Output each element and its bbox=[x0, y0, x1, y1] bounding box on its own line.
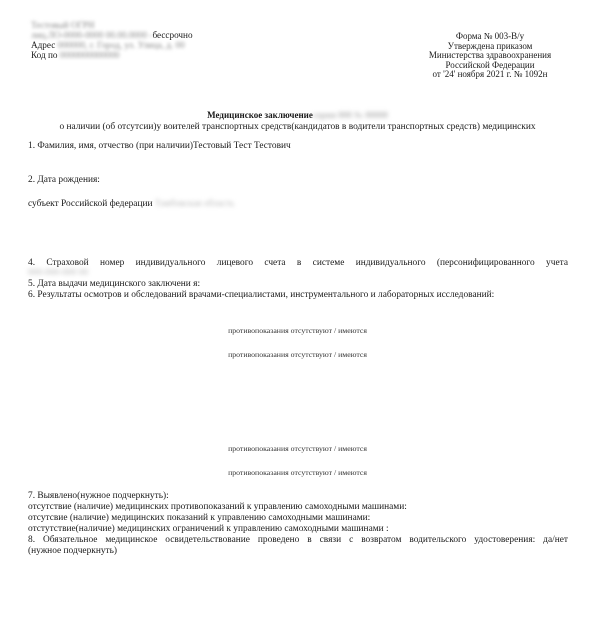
license-term: бессрочно bbox=[152, 30, 192, 40]
document-subtitle: о наличии (об отсутсии)у воителей трансп… bbox=[0, 122, 595, 133]
document-title: Медицинское заключениесерия 000 № 00000 bbox=[0, 110, 595, 121]
section7-line: отсутствие (наличие) медицинских противо… bbox=[28, 502, 407, 513]
item-exam-results: 6. Результаты осмотров и обследований вр… bbox=[28, 290, 494, 301]
address-label: Адрес bbox=[31, 40, 55, 50]
contraindication-row: противопоказания отсутствуют / имеются bbox=[0, 467, 595, 478]
item-issue-date: 5. Дата выдачи медицинского заключени я: bbox=[28, 279, 200, 290]
section7-heading: 7. Выявлено(нужное подчеркнуть): bbox=[28, 491, 169, 502]
org-name-redacted: Тестовый ОГРН bbox=[31, 20, 95, 30]
contraindication-row: противопоказания отсутствуют / имеются bbox=[0, 443, 595, 454]
code-label: Код по bbox=[31, 50, 57, 60]
order-date: от '24' ноября 2021 г. № 1092н bbox=[410, 70, 570, 80]
address-redacted: 000000, г. Город, ул. Улица, д. 00 bbox=[58, 40, 185, 50]
item-subject: субъект Российской федерации Тамбовская … bbox=[28, 199, 234, 210]
contraindication-row: противопоказания отсутствуют / имеются bbox=[0, 349, 595, 360]
organization-block: Тестовый ОГРН лиц.ЛО-0000-0000 00.00.000… bbox=[31, 20, 193, 60]
code-redacted: 0000000000000 bbox=[60, 50, 120, 60]
subject-redacted: Тамбовская область bbox=[155, 199, 234, 210]
section7-line: отстутствие(наличие) медицинских огранич… bbox=[28, 524, 389, 535]
item-snils: 4. Страховой номер индивидуального лицев… bbox=[28, 258, 568, 269]
item-full-name: 1. Фамилия, имя, отчество (при наличии)Т… bbox=[28, 141, 291, 152]
title-text: Медицинское заключение bbox=[207, 110, 313, 120]
license-redacted: лиц.ЛО-0000-0000 00.00.0000 - bbox=[31, 30, 152, 40]
section8-line: 8. Обязательное медицинское освидетельст… bbox=[28, 535, 568, 546]
snils-value: 000-000-000 00 bbox=[28, 268, 88, 279]
item-birth-date: 2. Дата рождения: bbox=[28, 175, 100, 186]
snils-redacted: 000-000-000 00 bbox=[28, 268, 88, 279]
subject-label: субъект Российской федерации bbox=[28, 199, 153, 209]
contraindication-row: противопоказания отсутствуют / имеются bbox=[0, 325, 595, 336]
title-number-redacted: серия 000 № 00000 bbox=[313, 110, 388, 121]
section7-line: отсутсвие (наличие) медицинских показани… bbox=[28, 513, 370, 524]
section8-note: (нужное подчеркнуть) bbox=[28, 546, 117, 557]
